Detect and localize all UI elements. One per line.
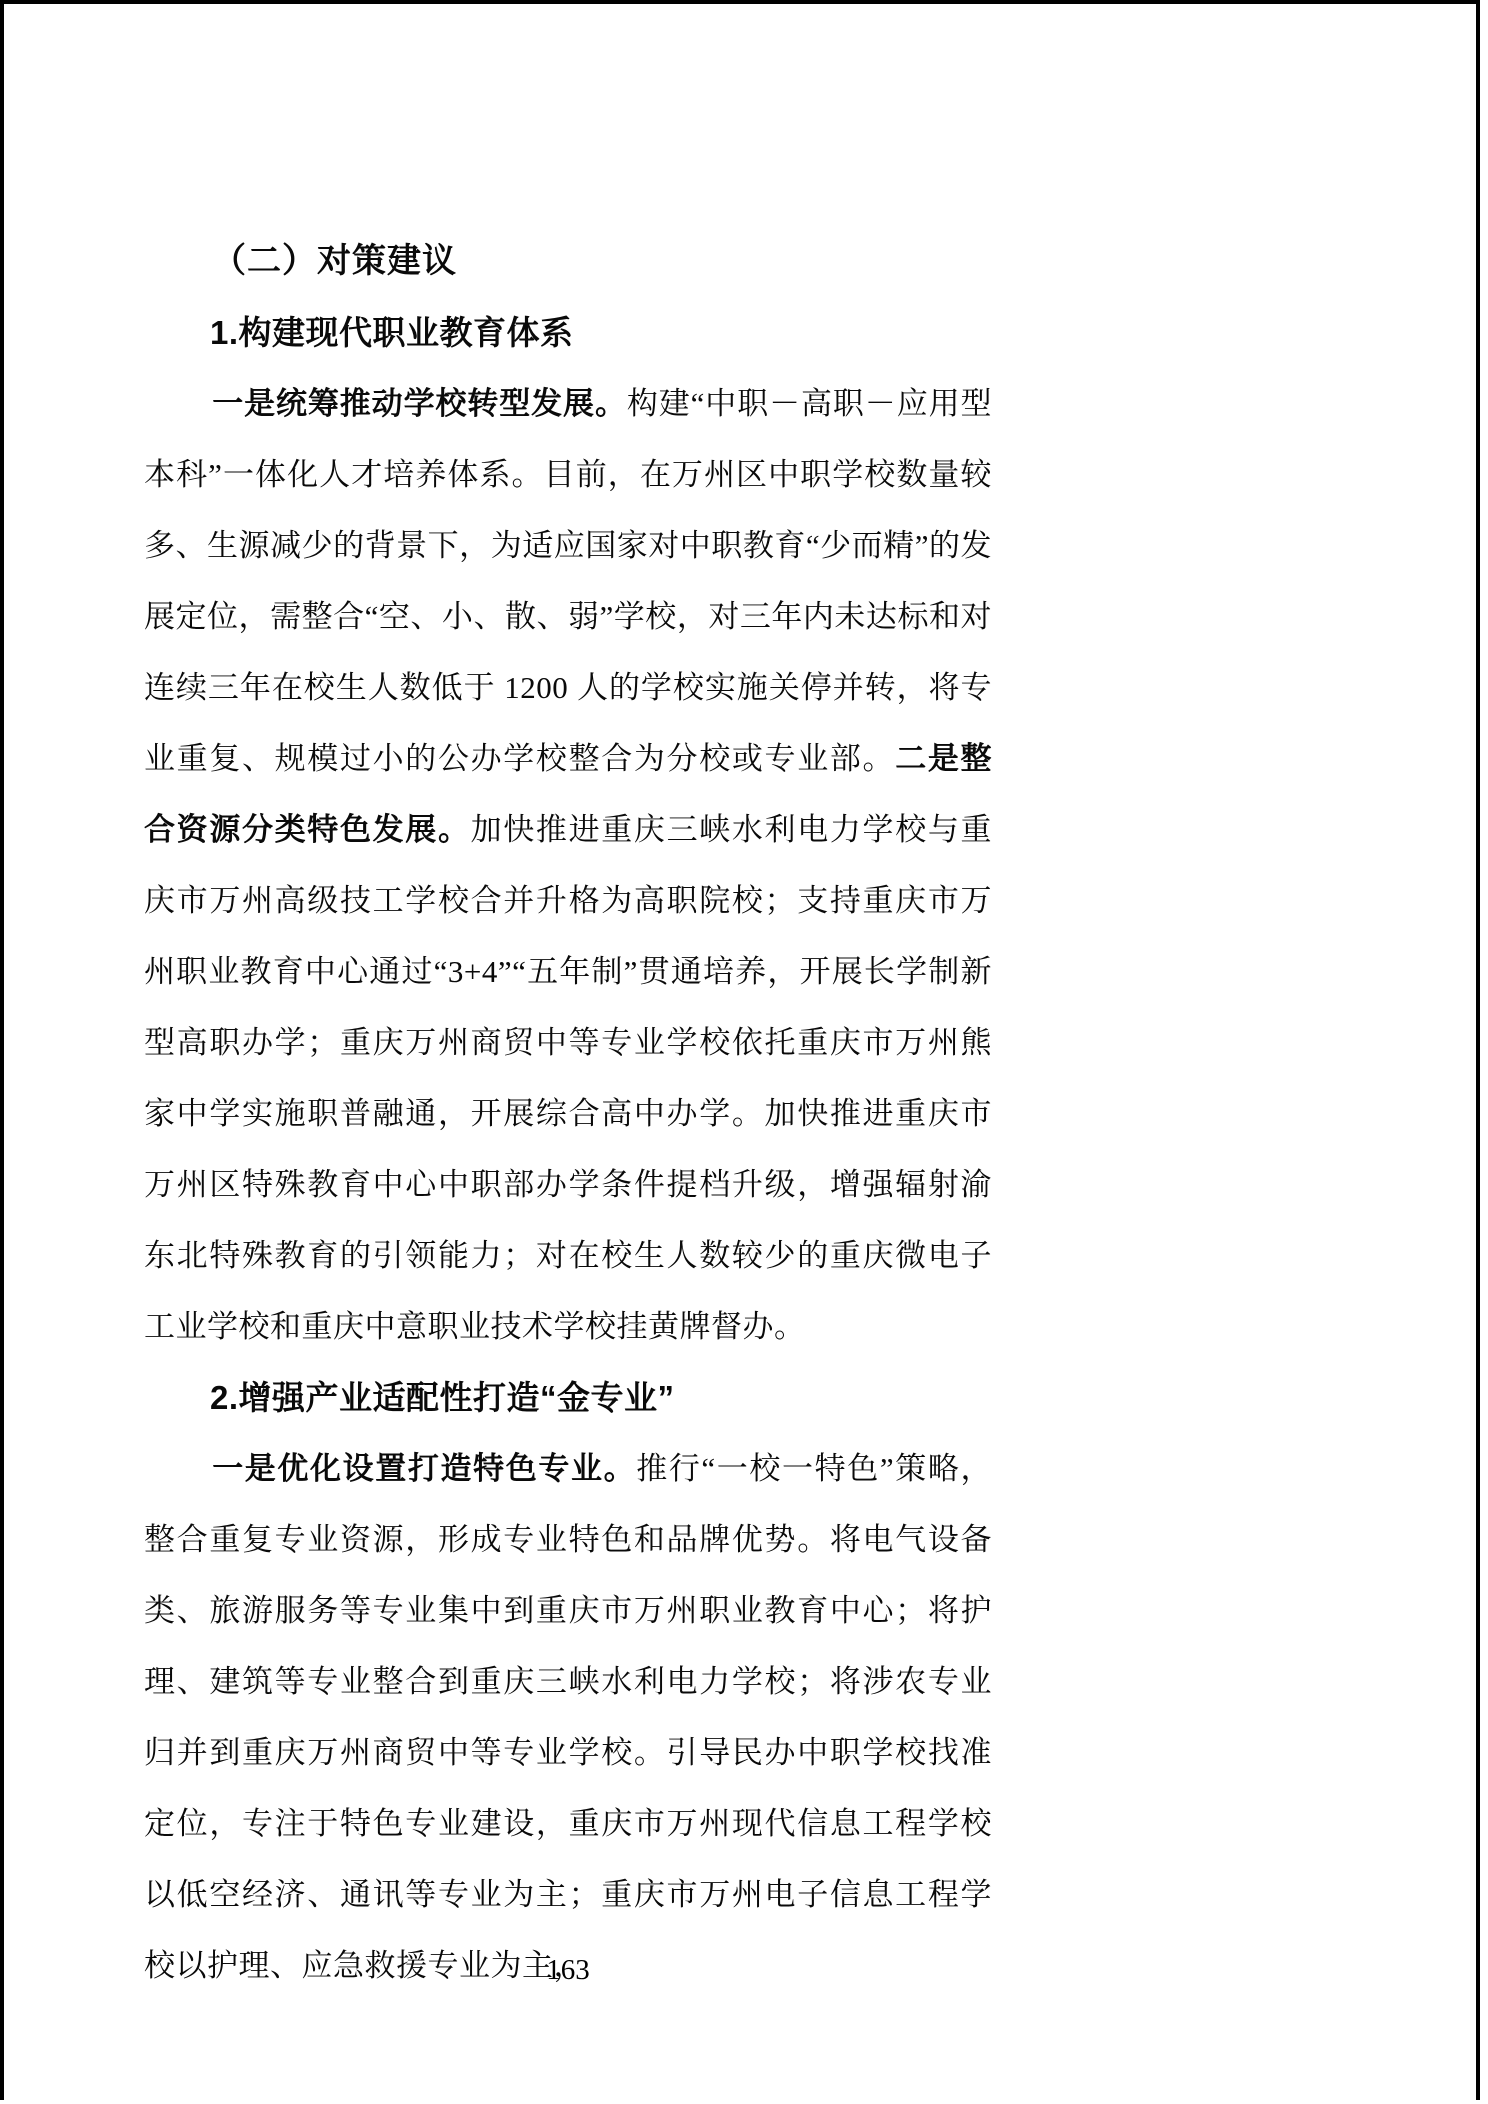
body-paragraph: 一是统筹推动学校转型发展。构建“中职－高职－应用型本科”一体化人才培养体系。目前… <box>144 368 992 1362</box>
sections-container: 1.构建现代职业教育体系一是统筹推动学校转型发展。构建“中职－高职－应用型本科”… <box>144 297 992 2001</box>
text-segment: 加快推进重庆三峡水利电力学校与重庆市万州高级技工学校合并升格为高职院校；支持重庆… <box>144 812 992 1344</box>
subsection-title: 1.构建现代职业教育体系 <box>144 297 992 368</box>
body-paragraph: 一是优化设置打造特色专业。推行“一校一特色”策略，整合重复专业资源，形成专业特色… <box>144 1433 992 2001</box>
page-content: （二）对策建议 1.构建现代职业教育体系一是统筹推动学校转型发展。构建“中职－高… <box>144 226 992 2001</box>
text-segment: 构建“中职－高职－应用型本科”一体化人才培养体系。目前，在万州区中职学校数量较多… <box>144 386 992 776</box>
document-page: （二）对策建议 1.构建现代职业教育体系一是统筹推动学校转型发展。构建“中职－高… <box>0 0 1480 2100</box>
section-heading: （二）对策建议 <box>144 226 992 297</box>
subsection-title: 2.增强产业适配性打造“金专业” <box>144 1362 992 1433</box>
emphasis-text-segment: 一是统筹推动学校转型发展。 <box>212 386 627 421</box>
text-segment: 推行“一校一特色”策略，整合重复专业资源，形成专业特色和品牌优势。将电气设备类、… <box>144 1451 992 1983</box>
page-number: 163 <box>144 1954 992 1987</box>
emphasis-text-segment: 一是优化设置打造特色专业。 <box>212 1451 636 1486</box>
